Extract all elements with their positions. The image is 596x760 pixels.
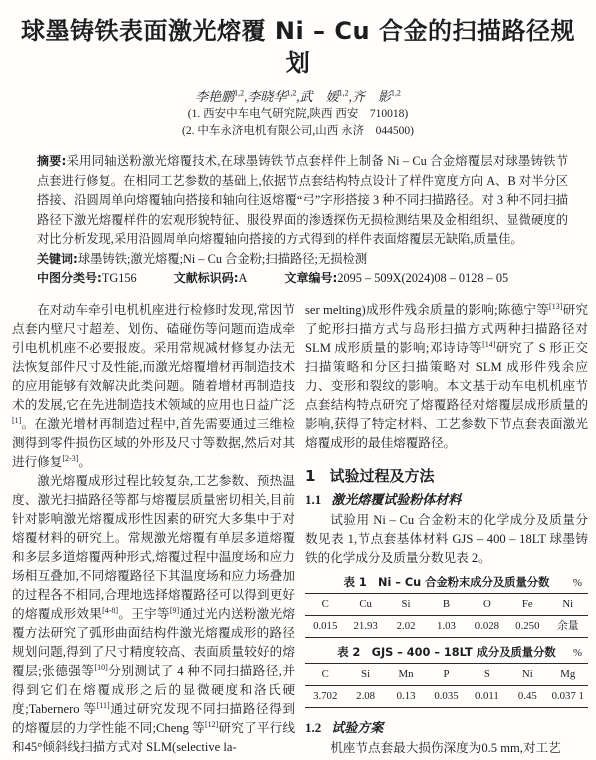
- abstract-text: 采用同轴送粉激光熔覆技术,在球墨铸铁节点套样件上制备 Ni – Cu 合金熔覆层…: [37, 154, 568, 246]
- citation-ref: [12]: [205, 719, 218, 728]
- document-code-label: 文献标识码:: [174, 271, 239, 285]
- right-column: ser melting)成形件残余质量的影响;陈德宁等[13]研究了蛇形扫描方式…: [305, 301, 588, 758]
- table-cell: 余量: [548, 615, 588, 637]
- article-id-value: 2095 – 509X(2024)08 – 0128 – 05: [337, 271, 508, 285]
- table-cell: 0.037 1: [548, 685, 588, 707]
- citation-ref: 1,2: [391, 89, 401, 98]
- table-cell: 0.011: [467, 685, 507, 707]
- paper-page: 球墨铸铁表面激光熔覆 Ni – Cu 合金的扫描路径规划 李艳鹏1,2,李晓华1…: [0, 0, 596, 760]
- table-header-cell: Mg: [548, 663, 588, 685]
- citation-ref: [2-3]: [62, 453, 78, 462]
- subsection-number: 1.2: [305, 720, 321, 735]
- subsection-title: 试验方案: [331, 720, 383, 735]
- citation-ref: [10]: [94, 662, 107, 671]
- document-code-value: A: [239, 271, 248, 285]
- table-cell: 0.028: [467, 615, 507, 637]
- section-heading-1: 1试验过程及方法: [305, 466, 588, 486]
- table-2-caption: 表 2 GJS – 400 – 18LT 成分及质量分数%: [307, 645, 586, 661]
- table-header-cell: P: [426, 663, 466, 685]
- citation-ref: 1,2: [286, 89, 296, 98]
- abstract-label: 摘要:: [37, 154, 66, 168]
- paragraph: 试验用 Ni – Cu 合金粉末的化学成分及质量分数见表 1,节点套基体材料 G…: [305, 511, 588, 568]
- table-header-cell: Si: [345, 663, 385, 685]
- table-2-block: 表 2 GJS – 400 – 18LT 成分及质量分数% CSiMnPSNiM…: [305, 645, 588, 708]
- document-code: 文献标识码:A: [174, 271, 248, 285]
- keywords: 关键词:球墨铸铁;激光熔覆;Ni – Cu 合金粉;扫描路径;无损检测: [37, 250, 568, 270]
- paragraph: 机座节点套最大损伤深度为0.5 mm,对工艺: [305, 739, 588, 758]
- table-header-cell: Ni: [507, 663, 547, 685]
- citation-ref: [13]: [549, 301, 562, 310]
- author-line: 李艳鹏1,2,李晓华1,2,武 媛1,2,齐 影1,2: [0, 88, 596, 106]
- subsection-heading-1-2: 1.2试验方案: [305, 719, 588, 737]
- affiliation-1: (1. 西安中车电气研究院,陕西 西安 710018): [0, 106, 596, 123]
- subsection-heading-1-1: 1.1激光熔覆试验粉体材料: [305, 491, 588, 509]
- citation-ref: 1,2: [234, 89, 244, 98]
- table-row: CCuSiBOFeNi: [305, 593, 588, 615]
- table-row: CSiMnPSNiMg: [305, 663, 588, 685]
- table-cell: 21.93: [345, 615, 385, 637]
- citation-ref: 1,2: [339, 89, 349, 98]
- table-row: 3.7022.080.130.0350.0110.450.037 1: [305, 685, 588, 707]
- table-unit: %: [573, 575, 582, 591]
- table-cell: 2.08: [345, 685, 385, 707]
- meta-line: 中图分类号:TG156 文献标识码:A 文章编号:2095 – 509X(202…: [37, 269, 568, 289]
- two-column-body: 在对动车牵引电机机座进行检修时发现,常因节点套内壁尺寸超差、划伤、磕碰伤等问题而…: [12, 301, 588, 758]
- table-cell: 2.02: [386, 615, 426, 637]
- table-cell: 3.702: [305, 685, 345, 707]
- subsection-number: 1.1: [305, 492, 321, 507]
- paragraph: 激光熔覆成形过程比较复杂,工艺参数、预热温度、激光扫描路径等都与熔覆层质量密切相…: [12, 472, 295, 757]
- table-cell: 0.035: [426, 685, 466, 707]
- table-header-cell: Ni: [548, 593, 588, 615]
- citation-ref: [14]: [482, 339, 495, 348]
- clc-label: 中图分类号:: [37, 271, 102, 285]
- table-1-caption: 表 1 Ni – Cu 合金粉末成分及质量分数%: [307, 575, 586, 591]
- left-column: 在对动车牵引电机机座进行检修时发现,常因节点套内壁尺寸超差、划伤、磕碰伤等问题而…: [12, 301, 295, 758]
- table-cell: 0.13: [386, 685, 426, 707]
- section-number: 1: [305, 467, 315, 485]
- table-header-cell: Fe: [507, 593, 547, 615]
- table-header-cell: Mn: [386, 663, 426, 685]
- table-cell: 0.45: [507, 685, 547, 707]
- table-2: CSiMnPSNiMg3.7022.080.130.0350.0110.450.…: [305, 663, 588, 708]
- table-caption-text: 表 2 GJS – 400 – 18LT 成分及质量分数: [337, 646, 555, 659]
- table-cell: 0.250: [507, 615, 547, 637]
- citation-ref: [4-8]: [102, 605, 118, 614]
- table-cell: 0.015: [305, 615, 345, 637]
- article-id: 文章编号:2095 – 509X(2024)08 – 0128 – 05: [285, 271, 509, 285]
- clc-number: 中图分类号:TG156: [37, 271, 137, 285]
- table-header-cell: Cu: [345, 593, 385, 615]
- table-unit: %: [573, 645, 582, 661]
- table-header-cell: S: [467, 663, 507, 685]
- article-id-label: 文章编号:: [285, 271, 338, 285]
- keywords-text: 球墨铸铁;激光熔覆;Ni – Cu 合金粉;扫描路径;无损检测: [78, 252, 367, 266]
- keywords-label: 关键词:: [37, 252, 78, 266]
- clc-value: TG156: [102, 271, 137, 285]
- citation-ref: [11]: [97, 700, 110, 709]
- section-title: 试验过程及方法: [329, 467, 434, 485]
- table-row: 0.01521.932.021.030.0280.250余量: [305, 615, 588, 637]
- paragraph: 在对动车牵引电机机座进行检修时发现,常因节点套内壁尺寸超差、划伤、磕碰伤等问题而…: [12, 301, 295, 472]
- abstract: 摘要:采用同轴送粉激光熔覆技术,在球墨铸铁节点套样件上制备 Ni – Cu 合金…: [37, 152, 568, 250]
- citation-ref: [1]: [12, 415, 21, 424]
- table-1-block: 表 1 Ni – Cu 合金粉末成分及质量分数% CCuSiBOFeNi0.01…: [305, 575, 588, 638]
- citation-ref: [9]: [170, 605, 179, 614]
- table-cell: 1.03: [426, 615, 466, 637]
- paper-title: 球墨铸铁表面激光熔覆 Ni – Cu 合金的扫描路径规划: [10, 15, 586, 79]
- table-header-cell: B: [426, 593, 466, 615]
- table-caption-text: 表 1 Ni – Cu 合金粉末成分及质量分数: [344, 576, 550, 589]
- table-header-cell: C: [305, 663, 345, 685]
- paragraph: ser melting)成形件残余质量的影响;陈德宁等[13]研究了蛇形扫描方式…: [305, 301, 588, 453]
- table-1: CCuSiBOFeNi0.01521.932.021.030.0280.250余…: [305, 593, 588, 638]
- table-header-cell: C: [305, 593, 345, 615]
- affiliation-2: (2. 中车永济电机有限公司,山西 永济 044500): [0, 123, 596, 140]
- front-matter: 摘要:采用同轴送粉激光熔覆技术,在球墨铸铁节点套样件上制备 Ni – Cu 合金…: [37, 152, 568, 289]
- table-header-cell: O: [467, 593, 507, 615]
- subsection-title: 激光熔覆试验粉体材料: [331, 492, 461, 507]
- table-header-cell: Si: [386, 593, 426, 615]
